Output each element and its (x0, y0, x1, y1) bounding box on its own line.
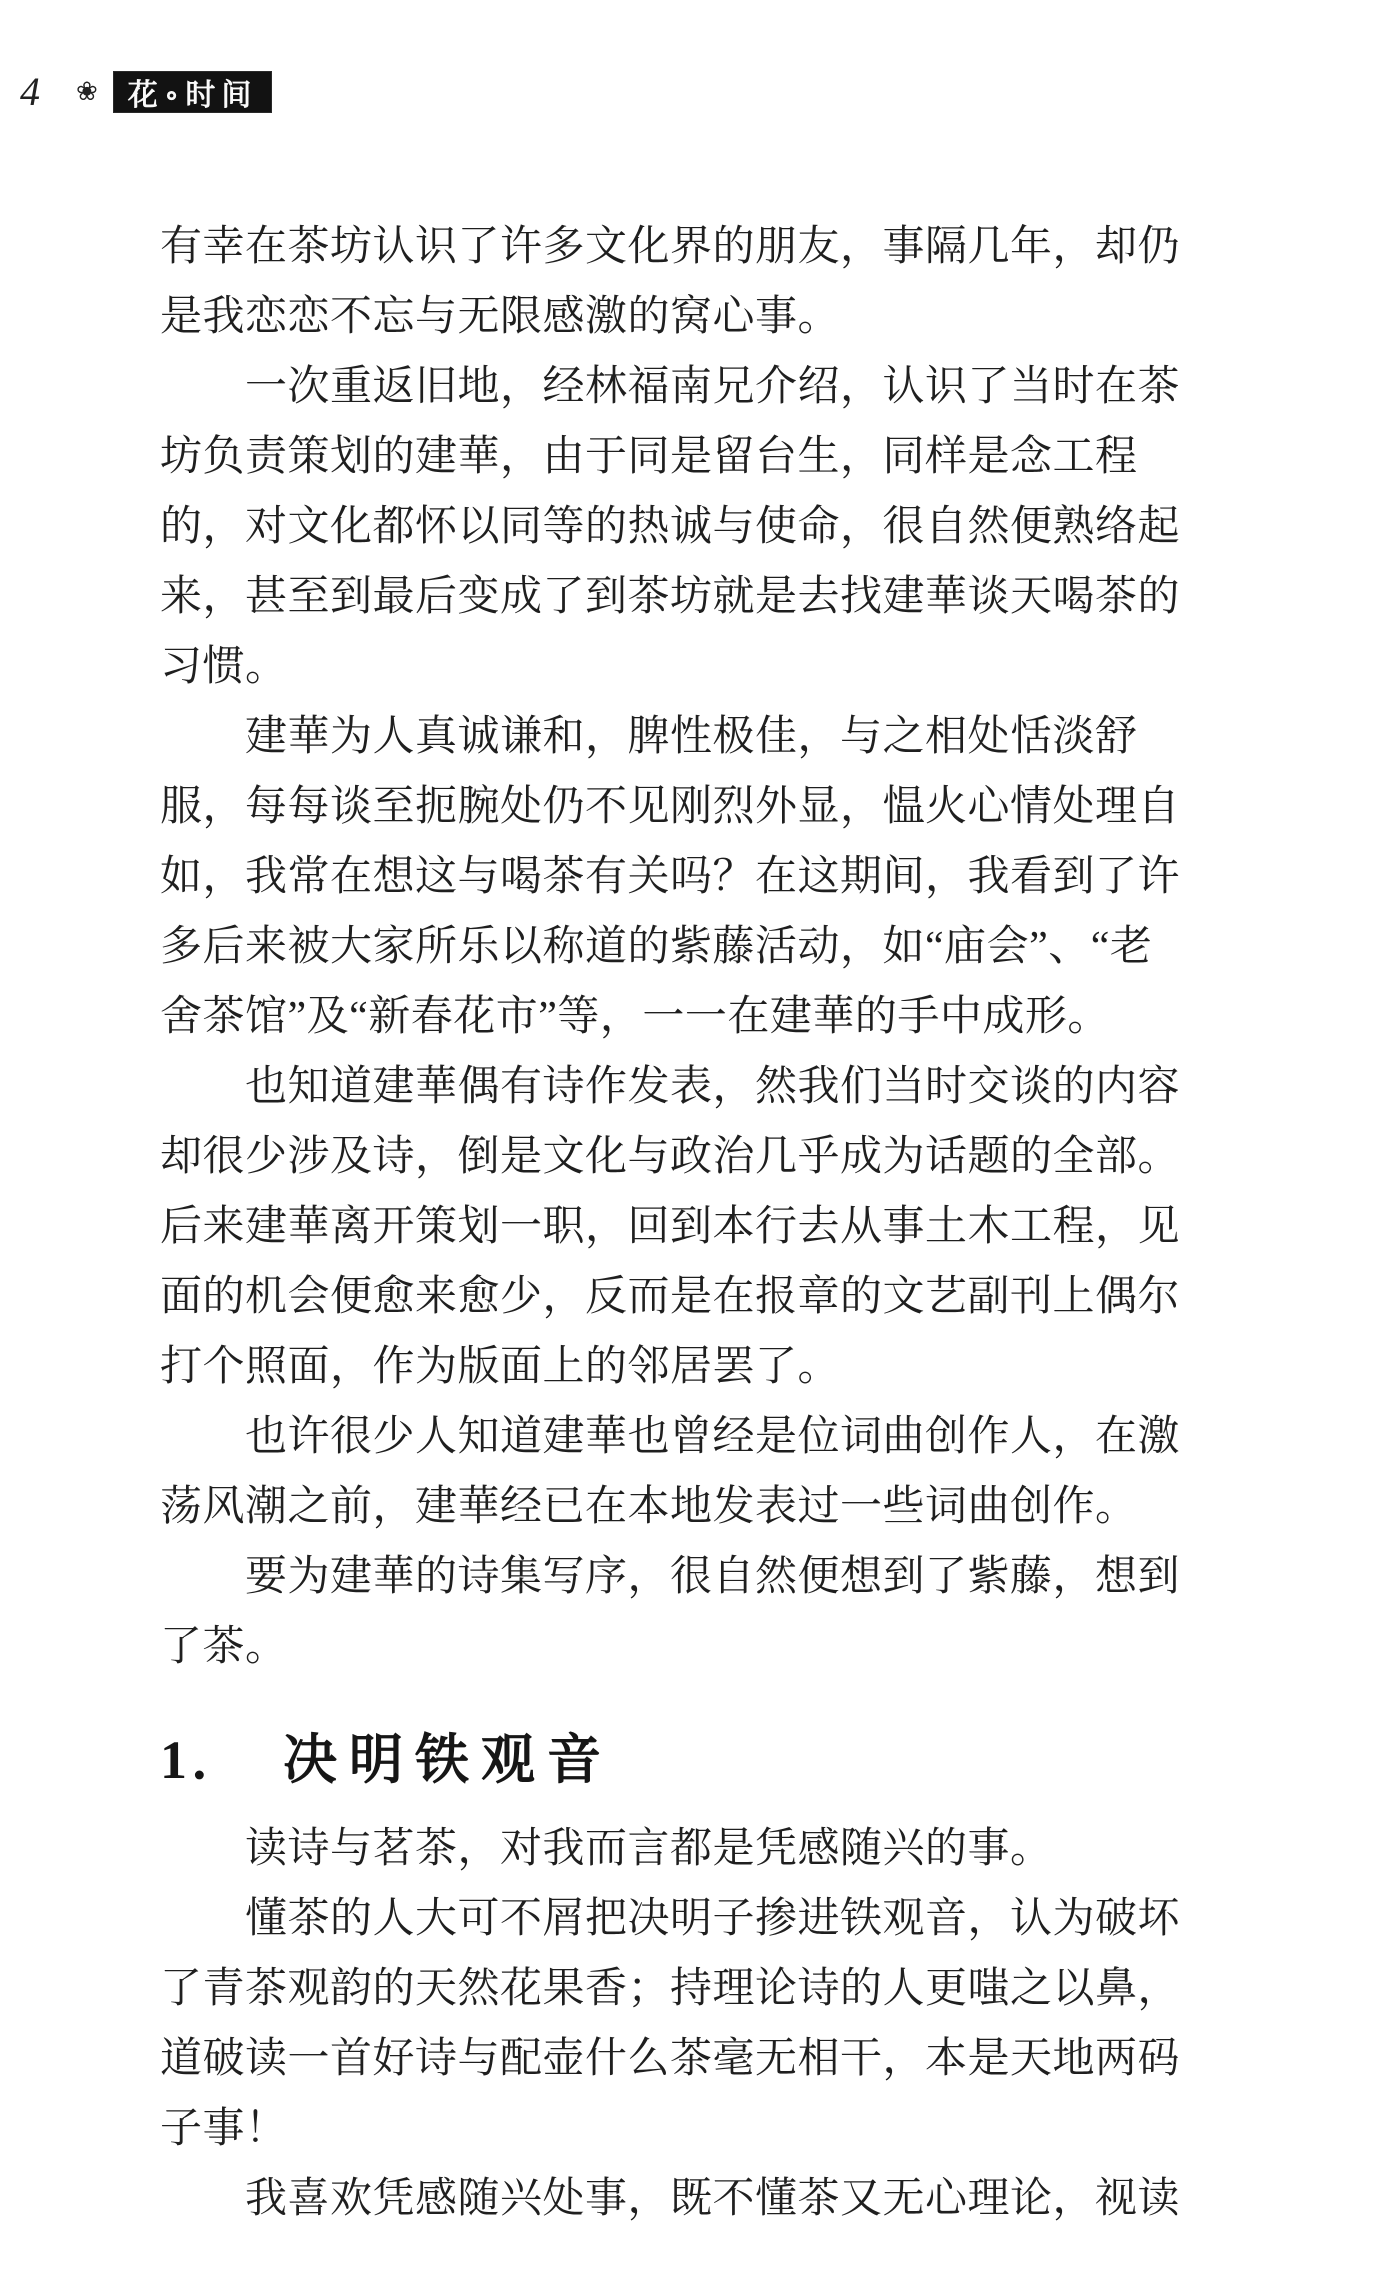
page-header: 4 ❀ 花∘时间 (20, 70, 271, 114)
section-title: 决明铁观音 (283, 1730, 613, 1790)
paragraph: 懂茶的人大可不屑把决明子掺进铁观音，认为破坏 了青茶观韵的天然花果香；持理论诗的… (160, 1884, 1310, 2164)
section-heading: 1．决明铁观音 (160, 1718, 1310, 1802)
paragraph: 有幸在茶坊认识了许多文化界的朋友，事隔几年，却仍 是我恋恋不忘与无限感激的窝心事… (160, 212, 1310, 352)
page-body: 有幸在茶坊认识了许多文化界的朋友，事隔几年，却仍 是我恋恋不忘与无限感激的窝心事… (160, 212, 1310, 2234)
paragraph: 一次重返旧地，经林福南兄介绍，认识了当时在茶 坊负责策划的建華，由于同是留台生，… (160, 352, 1310, 702)
paragraph: 建華为人真诚谦和，脾性极佳，与之相处恬淡舒 服，每每谈至扼腕处仍不见刚烈外显，愠… (160, 702, 1310, 1052)
book-title: 花∘时间 (128, 70, 258, 114)
section-number: 1． (160, 1730, 249, 1790)
book-title-banner: 花∘时间 (114, 72, 272, 112)
paragraph: 也知道建華偶有诗作发表，然我们当时交谈的内容 却很少涉及诗，倒是文化与政治几乎成… (160, 1052, 1310, 1402)
flower-icon: ❀ (76, 70, 98, 114)
page-number: 4 (20, 70, 76, 114)
book-page: { "page": { "number": "4", "header": { "… (0, 0, 1395, 2291)
paragraph: 要为建華的诗集写序，很自然便想到了紫藤，想到 了茶。 (160, 1542, 1310, 1682)
paragraph: 也许很少人知道建華也曾经是位词曲创作人，在激 荡风潮之前，建華经已在本地发表过一… (160, 1402, 1310, 1542)
paragraph: 读诗与茗茶，对我而言都是凭感随兴的事。 (160, 1814, 1310, 1884)
paragraph: 我喜欢凭感随兴处事，既不懂茶又无心理论，视读 (160, 2164, 1310, 2234)
